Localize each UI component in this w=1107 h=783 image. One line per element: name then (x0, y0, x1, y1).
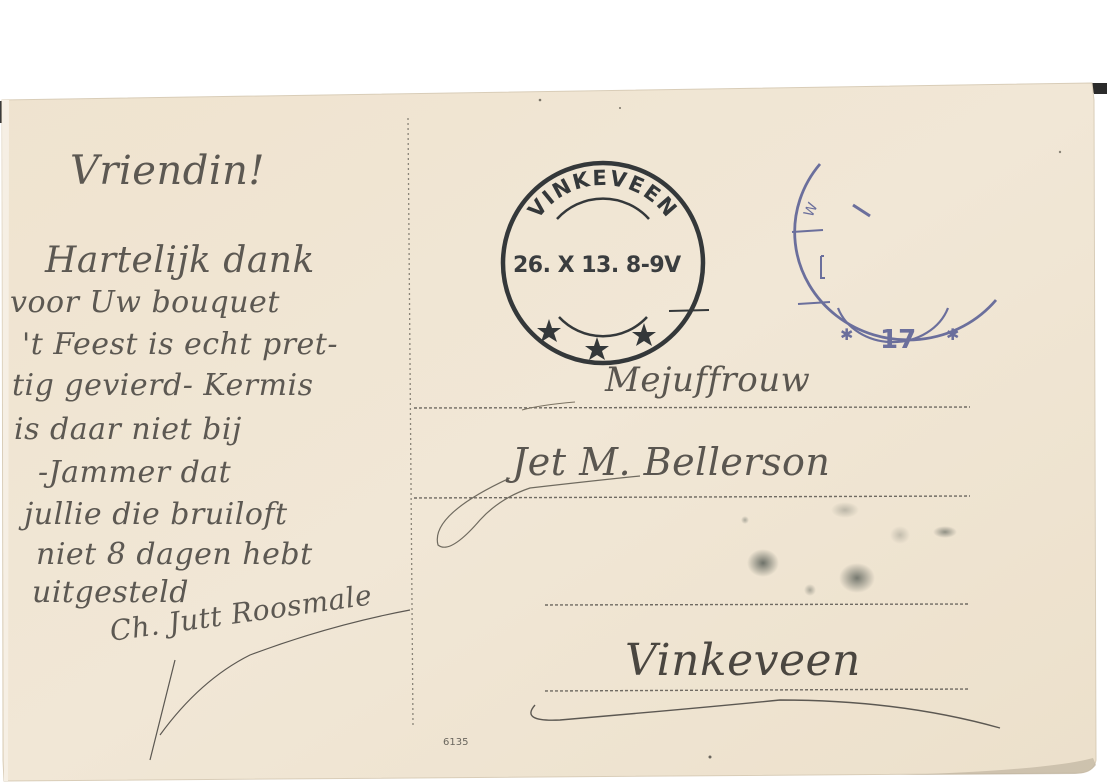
svg-text:VINKEVEEN: VINKEVEEN (523, 166, 682, 223)
message-line-4: tig gevierd- Kermis (12, 368, 314, 403)
address-town: Vinkeveen (625, 635, 861, 686)
postmark-secondary-number: 17 (880, 325, 916, 355)
postcard: Vriendin! Hartelijk dank voor Uw bouquet… (0, 0, 1107, 783)
message-line-7: jullie die bruiloft (24, 497, 288, 532)
message-line-6: -Jammer dat (38, 455, 231, 490)
message-line-3: 't Feest is echt pret- (22, 327, 338, 362)
postmark-town: VINKEVEEN (523, 166, 682, 223)
message-line-8: niet 8 dagen hebt (36, 537, 313, 572)
postmark-secondary: W ✱ ✱ 17 (778, 160, 1008, 370)
star-icon: ✱ (946, 327, 959, 344)
address-title: Mejuffrouw (605, 360, 810, 400)
postmark-secondary-letter: W (801, 200, 821, 219)
star-icon: ✱ (840, 327, 853, 344)
postmark-date: 26. X 13. 8-9V (513, 253, 681, 278)
message-line-5: is daar niet bij (14, 412, 242, 447)
printer-code: 6135 (443, 737, 468, 748)
message-line-2: voor Uw bouquet (10, 285, 280, 320)
message-line-1: Hartelijk dank (45, 240, 315, 281)
salutation: Vriendin! (70, 148, 265, 194)
message-line-9: uitgesteld (32, 575, 189, 610)
address-name: Jet M. Bellerson (512, 440, 830, 484)
postmark-vinkeveen: VINKEVEEN 26. X 13. 8-9V (497, 157, 709, 369)
